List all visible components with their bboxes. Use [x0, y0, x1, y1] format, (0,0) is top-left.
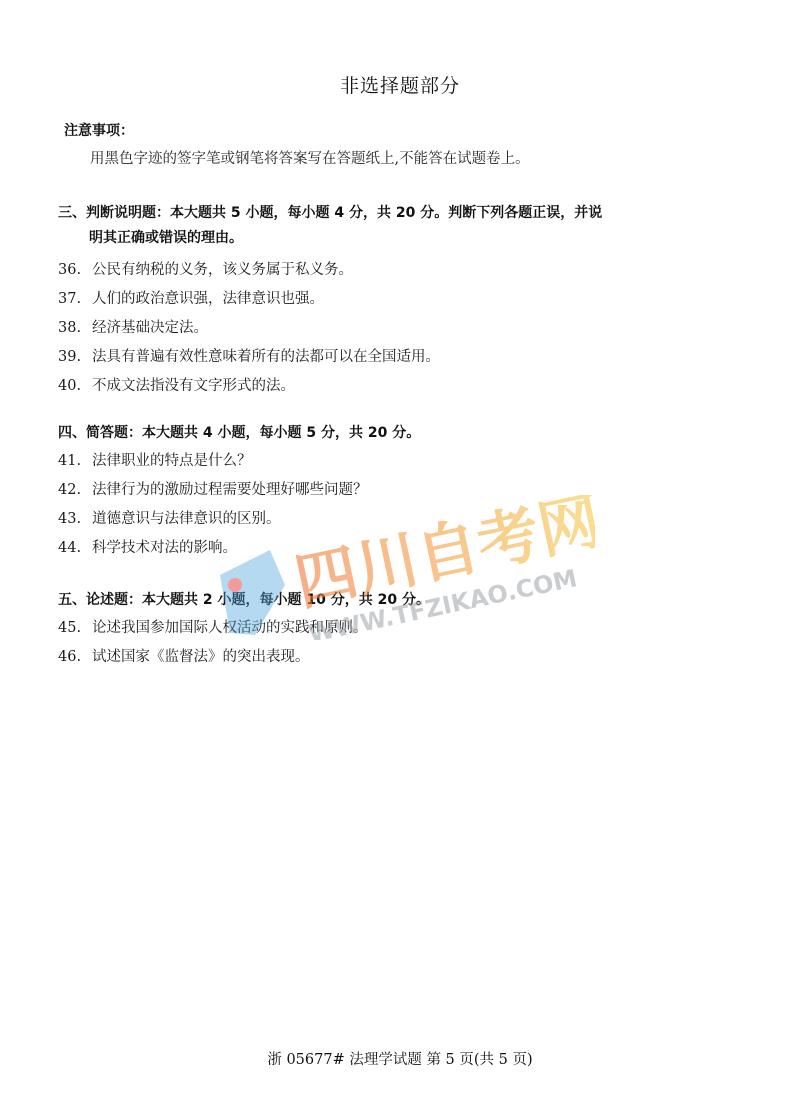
question-item: 46.试述国家《监督法》的突出表现。 [58, 643, 748, 672]
question-number: 43. [58, 505, 92, 534]
question-text: 科学技术对法的影响。 [92, 540, 237, 556]
section-heading-line2: 明其正确或错误的理由。 [58, 226, 748, 251]
question-item: 39.法具有普遍有效性意味着所有的法都可以在全国适用。 [58, 343, 748, 372]
notice-body: 用黑色字迹的签字笔或钢笔将答案写在答题纸上,不能答在试题卷上。 [90, 147, 530, 168]
question-item: 41.法律职业的特点是什么？ [58, 447, 748, 476]
question-number: 37. [58, 285, 92, 314]
question-text: 法具有普遍有效性意味着所有的法都可以在全国适用。 [92, 349, 440, 365]
section-heading: 五、论述题：本大题共 2 小题，每小题 10 分，共 20 分。 [58, 588, 748, 613]
question-item: 42.法律行为的激励过程需要处理好哪些问题？ [58, 476, 748, 505]
question-number: 44. [58, 534, 92, 563]
section-short-answer: 四、简答题：本大题共 4 小题，每小题 5 分，共 20 分。 41.法律职业的… [58, 421, 748, 563]
section-heading: 三、判断说明题：本大题共 5 小题，每小题 4 分，共 20 分。判断下列各题正… [58, 201, 748, 251]
question-number: 42. [58, 476, 92, 505]
question-text: 不成文法指没有文字形式的法。 [92, 378, 295, 394]
question-item: 45.论述我国参加国际人权活动的实践和原则。 [58, 614, 748, 643]
question-text: 人们的政治意识强，法律意识也强。 [92, 291, 324, 307]
page-title: 非选择题部分 [0, 71, 800, 98]
question-text: 法律行为的激励过程需要处理好哪些问题？ [92, 482, 368, 498]
question-number: 40. [58, 372, 92, 401]
notice-heading: 注意事项： [64, 120, 134, 140]
question-text: 试述国家《监督法》的突出表现。 [92, 649, 310, 665]
section-heading: 四、简答题：本大题共 4 小题，每小题 5 分，共 20 分。 [58, 421, 748, 446]
question-text: 道德意识与法律意识的区别。 [92, 511, 281, 527]
question-number: 45. [58, 614, 92, 643]
question-item: 36.公民有纳税的义务，该义务属于私义务。 [58, 256, 748, 285]
question-item: 38.经济基础决定法。 [58, 314, 748, 343]
question-number: 46. [58, 643, 92, 672]
section-essay: 五、论述题：本大题共 2 小题，每小题 10 分，共 20 分。 45.论述我国… [58, 588, 748, 672]
section-true-false: 三、判断说明题：本大题共 5 小题，每小题 4 分，共 20 分。判断下列各题正… [58, 201, 748, 401]
question-number: 41. [58, 447, 92, 476]
question-number: 38. [58, 314, 92, 343]
question-item: 43.道德意识与法律意识的区别。 [58, 505, 748, 534]
question-text: 经济基础决定法。 [92, 320, 208, 336]
question-item: 44.科学技术对法的影响。 [58, 534, 748, 563]
question-item: 40.不成文法指没有文字形式的法。 [58, 372, 748, 401]
question-number: 36. [58, 256, 92, 285]
question-number: 39. [58, 343, 92, 372]
question-text: 论述我国参加国际人权活动的实践和原则。 [92, 620, 368, 636]
question-text: 法律职业的特点是什么？ [92, 453, 252, 469]
section-heading-line1: 三、判断说明题：本大题共 5 小题，每小题 4 分，共 20 分。判断下列各题正… [58, 205, 602, 221]
page-footer: 浙 05677# 法理学试题 第 5 页(共 5 页) [0, 1048, 800, 1069]
question-item: 37.人们的政治意识强，法律意识也强。 [58, 285, 748, 314]
question-text: 公民有纳税的义务，该义务属于私义务。 [92, 262, 353, 278]
